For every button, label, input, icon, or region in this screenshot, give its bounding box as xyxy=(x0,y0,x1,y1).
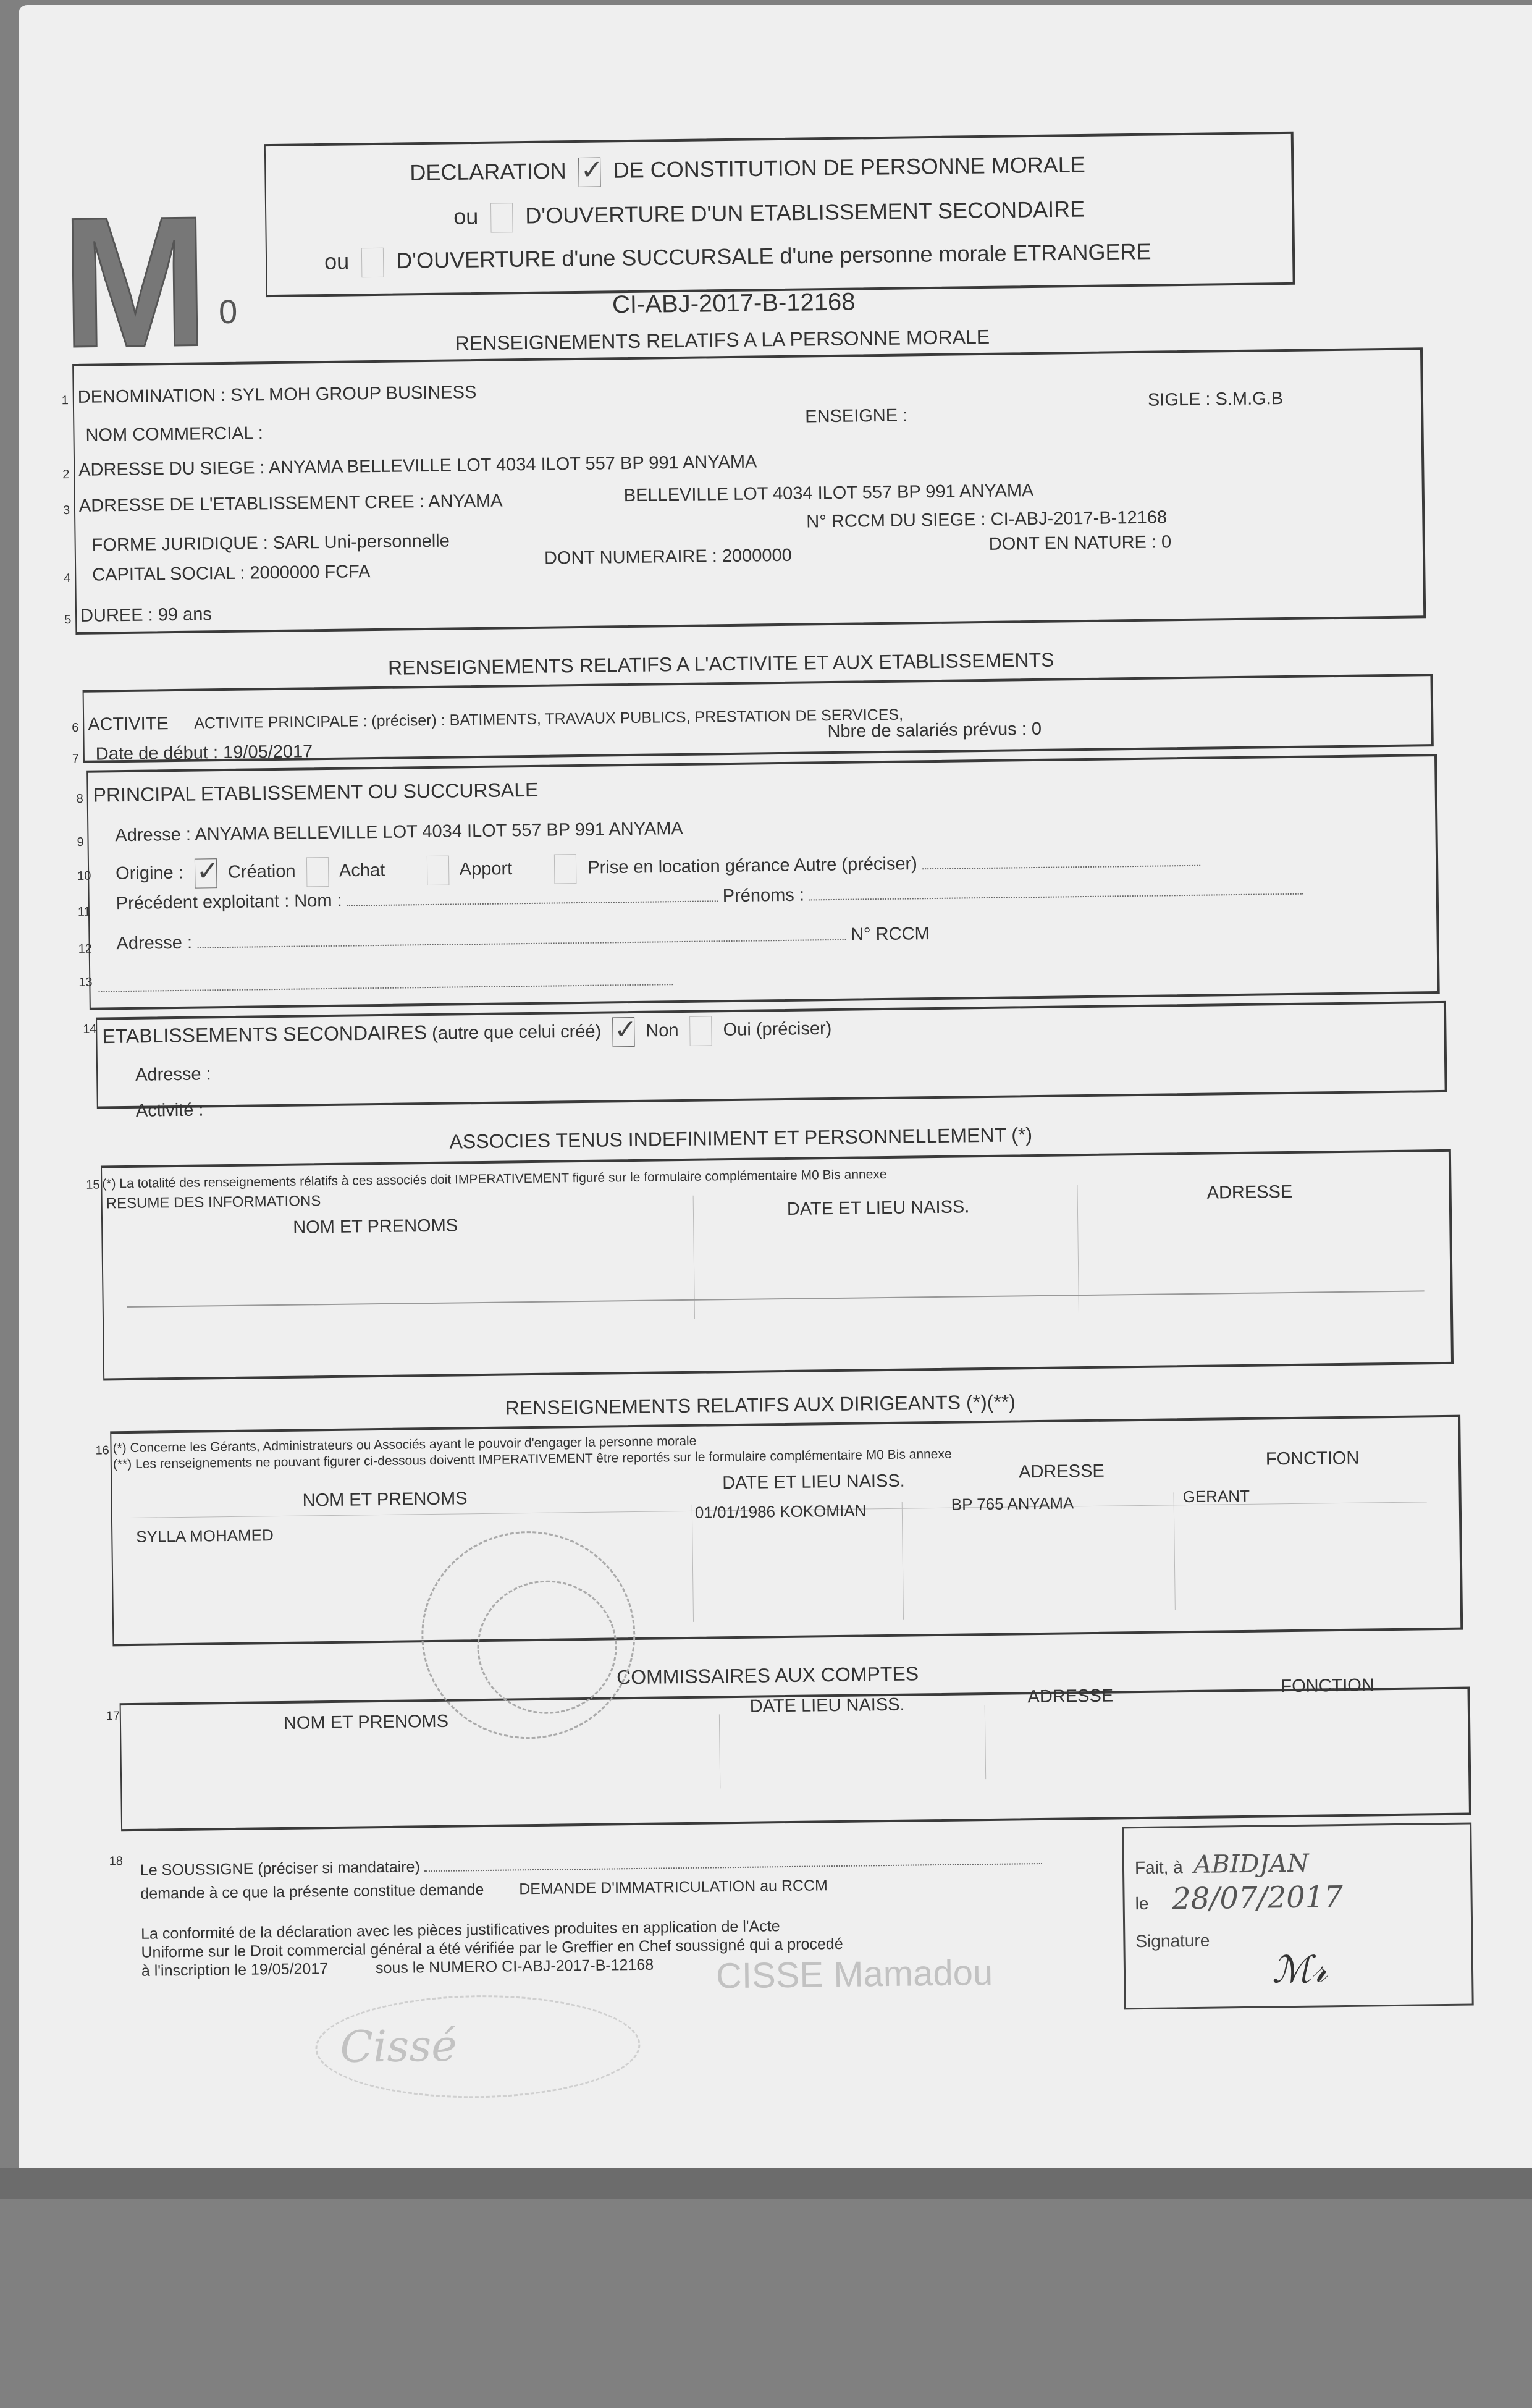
or-label: ou xyxy=(453,203,479,229)
form-code-subscript: 0 xyxy=(219,293,238,331)
line-number: 12 xyxy=(78,942,93,957)
section-title-commissaires: COMMISSAIRES AUX COMPTES xyxy=(617,1662,919,1689)
checkbox-succursale[interactable] xyxy=(361,248,384,277)
line-number: 17 xyxy=(106,1709,120,1723)
scanned-document-page: M 0 DECLARATION DE CONSTITUTION DE PERSO… xyxy=(19,5,1532,2168)
declaration-label: DECLARATION xyxy=(410,158,566,185)
dirigeant-row-adresse: BP 765 ANYAMA xyxy=(951,1493,1074,1514)
section-title-dirigeants: RENSEIGNEMENTS RELATIFS AUX DIRIGEANTS (… xyxy=(505,1390,1016,1419)
checkbox-apport[interactable] xyxy=(427,856,450,885)
dirigeants-col-nom: NOM ET PRENOMS xyxy=(302,1489,467,1511)
origine-apport-label: Apport xyxy=(460,859,513,879)
form-code-letter: M xyxy=(61,188,203,375)
resume-des-informations: RESUME DES INFORMATIONS xyxy=(106,1193,321,1212)
precedent-rccm-label: N° RCCM xyxy=(851,924,930,945)
associes-col-nom: NOM ET PRENOMS xyxy=(293,1215,458,1238)
signature-mark[interactable]: ℳ𝓇 xyxy=(1272,1948,1328,1992)
section-title-personne-morale: RENSEIGNEMENTS RELATIFS A LA PERSONNE MO… xyxy=(455,326,990,355)
inscription-date: à l'inscription le 19/05/2017 xyxy=(141,1960,329,1980)
demande-immatriculation: DEMANDE D'IMMATRICULATION au RCCM xyxy=(519,1877,828,1898)
autre-field[interactable] xyxy=(922,851,1200,869)
forme-juridique: FORME JURIDIQUE : SARL Uni-personnelle xyxy=(91,531,449,556)
checkbox-etablissement-secondaire[interactable] xyxy=(490,203,513,232)
dont-numeraire: DONT NUMERAIRE : 2000000 xyxy=(544,546,792,569)
signature-label: Signature xyxy=(1135,1931,1210,1951)
mandataire-field[interactable] xyxy=(424,1849,1042,1872)
line-number: 10 xyxy=(77,869,91,884)
commissaires-col-date: DATE LIEU NAISS. xyxy=(750,1695,905,1717)
line-number: 11 xyxy=(78,905,91,919)
dont-en-nature: DONT EN NATURE : 0 xyxy=(989,532,1172,555)
line-number: 13 xyxy=(78,976,93,990)
line-number: 7 xyxy=(72,752,79,766)
origine-achat-label: Achat xyxy=(339,861,385,881)
soussigne-label: Le SOUSSIGNE (préciser si mandataire) xyxy=(140,1858,420,1879)
greffier-signature-oval xyxy=(314,1993,641,2100)
commissaires-col-fonction: FONCTION xyxy=(1281,1675,1374,1697)
checkbox-oui[interactable] xyxy=(689,1016,712,1046)
non-label: Non xyxy=(646,1021,679,1041)
origine-label: Origine : xyxy=(116,863,183,884)
or-label: ou xyxy=(324,248,350,274)
line-number: 1 xyxy=(62,394,69,408)
fait-a-value[interactable]: ABIDJAN xyxy=(1193,1849,1309,1879)
associes-col-date: DATE ET LIEU NAISS. xyxy=(787,1197,970,1220)
le-label: le xyxy=(1135,1894,1148,1913)
commissaires-col-adresse: ADRESSE xyxy=(1027,1686,1113,1708)
origine-creation-label: Création xyxy=(228,861,296,882)
line-number: 15 xyxy=(86,1178,100,1193)
etablissements-secondaires-note: (autre que celui créé) xyxy=(432,1021,601,1043)
section-title-activite: RENSEIGNEMENTS RELATIFS A L'ACTIVITE ET … xyxy=(388,649,1054,680)
le-value[interactable]: 28/07/2017 xyxy=(1172,1880,1343,1916)
activite-label: ACTIVITE xyxy=(88,714,169,735)
nom-commercial: NOM COMMERCIAL : xyxy=(85,423,263,446)
salaries-prevus: Nbre de salariés prévus : 0 xyxy=(827,719,1042,742)
scanner-edge-band xyxy=(0,2168,1532,2199)
line-number: 4 xyxy=(64,572,70,586)
line-number: 14 xyxy=(83,1023,97,1037)
soussigne-line-1: Le SOUSSIGNE (préciser si mandataire) xyxy=(140,1849,1042,1880)
precedent-nom-field[interactable] xyxy=(347,887,718,906)
secondaire-activite: Activité : xyxy=(136,1100,204,1121)
inscription-numero: sous le NUMERO CI-ABJ-2017-B-12168 xyxy=(376,1956,654,1977)
associes-col-adresse: ADRESSE xyxy=(1206,1182,1292,1204)
oui-label: Oui (préciser) xyxy=(723,1019,831,1040)
dirigeant-row-fonction: GERANT xyxy=(1182,1487,1250,1506)
dirigeants-col-adresse: ADRESSE xyxy=(1019,1461,1105,1483)
declaration-option-1-label: DE CONSTITUTION DE PERSONNE MORALE xyxy=(613,151,1085,182)
checkbox-constitution[interactable] xyxy=(578,158,601,187)
checkbox-location-gerance[interactable] xyxy=(554,854,577,884)
greffier-name-stamp: CISSE Mamadou xyxy=(716,1952,993,1996)
capital-social: CAPITAL SOCIAL : 2000000 FCFA xyxy=(92,562,371,585)
dirigeants-col-fonction: FONCTION xyxy=(1266,1448,1360,1470)
fait-a-label: Fait, à xyxy=(1135,1857,1183,1877)
fait-a-row: Fait, à ABIDJAN xyxy=(1135,1849,1309,1880)
line-number: 2 xyxy=(62,468,69,482)
origine-location-gerance-label: Prise en location gérance xyxy=(587,856,790,878)
soussigne-demande-label: demande à ce que la présente constitue d… xyxy=(140,1881,484,1903)
dirigeants-col-date: DATE ET LIEU NAISS. xyxy=(722,1471,905,1494)
secondaire-adresse: Adresse : xyxy=(135,1064,211,1085)
commissaires-col-nom: NOM ET PRENOMS xyxy=(284,1712,448,1734)
origine-autre-label: Autre (préciser) xyxy=(794,854,917,875)
sigle: SIGLE : S.M.G.B xyxy=(1148,389,1284,411)
line-number: 5 xyxy=(64,613,71,627)
line-number: 8 xyxy=(77,792,83,806)
prenoms-label: Prénoms : xyxy=(723,885,805,906)
date-debut: Date de début : 19/05/2017 xyxy=(96,741,313,764)
line-number: 9 xyxy=(77,835,83,850)
precedent-adresse-label: Adresse : xyxy=(116,933,192,953)
section-title-associes: ASSOCIES TENUS INDEFINIMENT ET PERSONNEL… xyxy=(449,1123,1032,1154)
soussigne-line-2: demande à ce que la présente constitue d… xyxy=(140,1877,828,1903)
checkbox-creation[interactable] xyxy=(195,858,217,888)
checkbox-achat[interactable] xyxy=(306,857,329,887)
duree: DUREE : 99 ans xyxy=(80,604,212,627)
line-number: 6 xyxy=(72,721,78,735)
rccm-number: CI-ABJ-2017-B-12168 xyxy=(612,288,856,319)
precedent-nom-label: Précédent exploitant : Nom : xyxy=(116,891,342,913)
line-number: 3 xyxy=(63,504,70,518)
dirigeant-row-nom: SYLLA MOHAMED xyxy=(136,1526,274,1547)
enseigne: ENSEIGNE : xyxy=(805,405,907,427)
date-row: le 28/07/2017 xyxy=(1135,1880,1343,1917)
line-number: 16 xyxy=(95,1443,109,1458)
checkbox-non[interactable] xyxy=(612,1017,635,1047)
etablissements-secondaires-title: ETABLISSEMENTS SECONDAIRES xyxy=(102,1021,427,1047)
dirigeant-row-date-lieu: 01/01/1986 KOKOMIAN xyxy=(695,1501,867,1522)
line-number: 18 xyxy=(109,1854,124,1869)
